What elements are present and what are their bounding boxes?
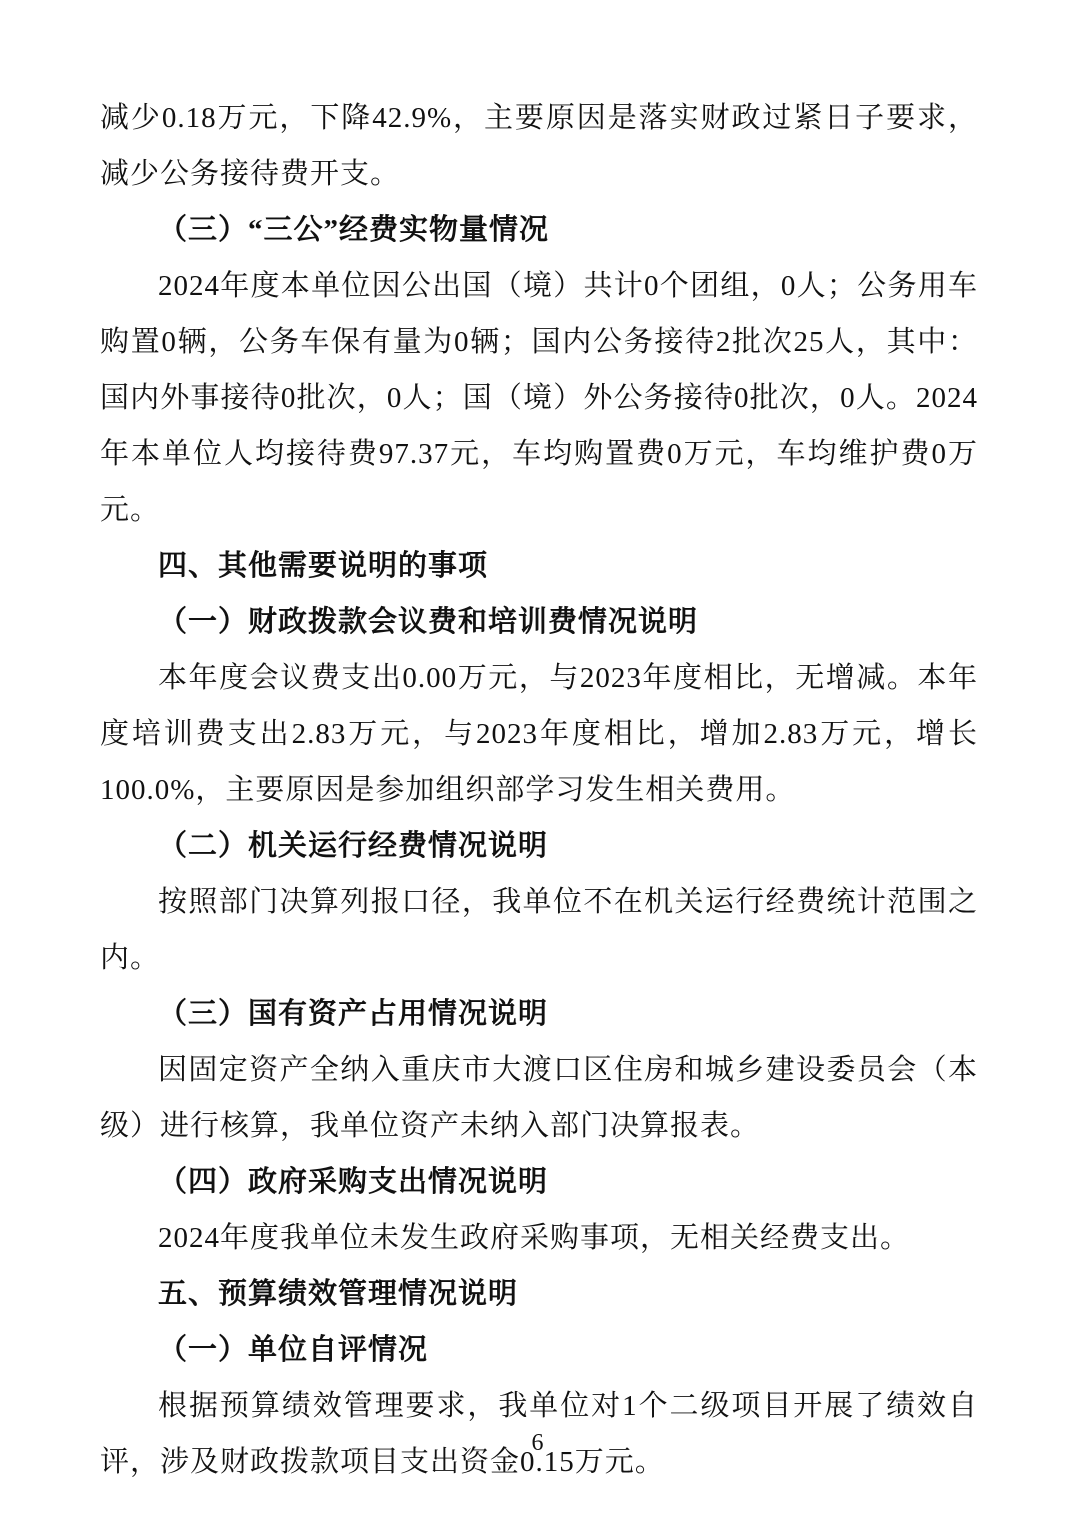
- heading-state-owned-assets: （三）国有资产占用情况说明: [100, 986, 978, 1042]
- document-page: 减少0.18万元，下降42.9%，主要原因是落实财政过紧日子要求，减少公务接待费…: [0, 0, 1075, 1520]
- heading-meeting-and-training-fees: （一）财政拨款会议费和培训费情况说明: [100, 594, 978, 650]
- heading-three-public-expense-physical-quantity: （三）“三公”经费实物量情况: [100, 202, 978, 258]
- paragraph-three-public-expense-details: 2024年度本单位因公出国（境）共计0个团组，0人；公务用车购置0辆，公务车保有…: [100, 258, 978, 538]
- heading-agency-operating-expenses: （二）机关运行经费情况说明: [100, 818, 978, 874]
- heading-section-4-other-matters: 四、其他需要说明的事项: [100, 538, 978, 594]
- paragraph-reception-expense-decrease: 减少0.18万元，下降42.9%，主要原因是落实财政过紧日子要求，减少公务接待费…: [100, 90, 978, 202]
- heading-section-5-budget-performance: 五、预算绩效管理情况说明: [100, 1266, 978, 1322]
- paragraph-government-procurement: 2024年度我单位未发生政府采购事项，无相关经费支出。: [100, 1210, 978, 1266]
- heading-unit-self-evaluation: （一）单位自评情况: [100, 1322, 978, 1378]
- paragraph-meeting-and-training-fees: 本年度会议费支出0.00万元，与2023年度相比，无增减。本年度培训费支出2.8…: [100, 650, 978, 818]
- paragraph-state-owned-assets: 因固定资产全纳入重庆市大渡口区住房和城乡建设委员会（本级）进行核算，我单位资产未…: [100, 1042, 978, 1154]
- paragraph-agency-operating-expenses: 按照部门决算列报口径，我单位不在机关运行经费统计范围之内。: [100, 874, 978, 986]
- page-number: 6: [0, 1428, 1075, 1458]
- heading-government-procurement: （四）政府采购支出情况说明: [100, 1154, 978, 1210]
